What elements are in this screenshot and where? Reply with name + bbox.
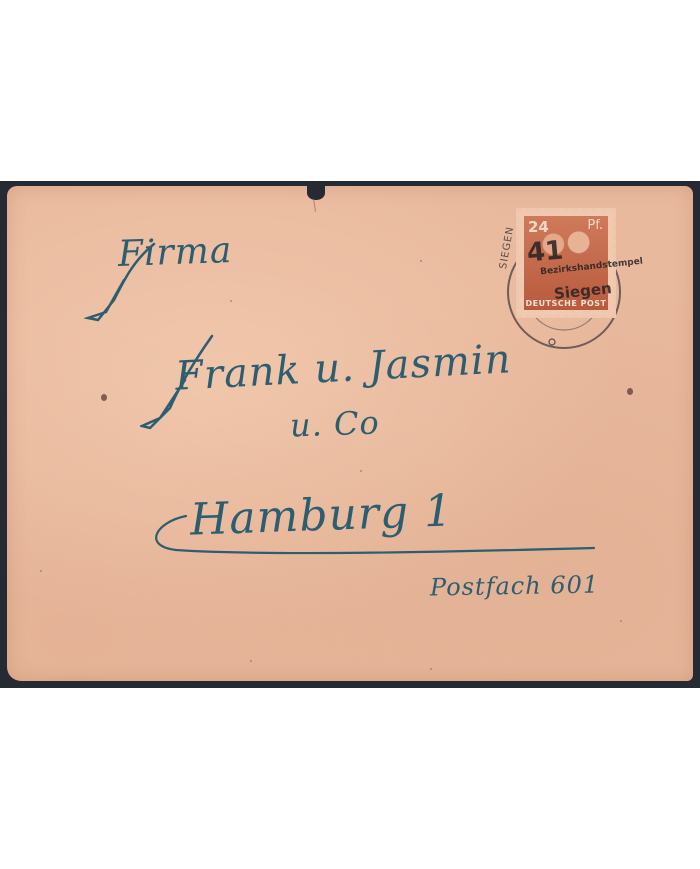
paper-speck bbox=[430, 668, 432, 670]
address-line-5: Postfach 601 bbox=[430, 571, 600, 602]
filing-hole-right bbox=[627, 388, 633, 395]
address-underline-icon bbox=[146, 512, 596, 560]
paper-speck bbox=[230, 300, 232, 302]
envelope-tear-notch bbox=[307, 186, 325, 200]
stamp-overprint-number: 41 bbox=[526, 235, 565, 268]
address-line-3: u. Co bbox=[289, 403, 380, 444]
stamp-unit: Pf. bbox=[587, 218, 603, 233]
paper-speck bbox=[360, 470, 362, 472]
stamp-denomination: 24 bbox=[528, 218, 549, 236]
filing-hole-left bbox=[101, 394, 107, 401]
address-line-1: Firma bbox=[117, 230, 233, 275]
paper-speck bbox=[620, 620, 622, 622]
paper-speck bbox=[420, 260, 422, 262]
paper-speck bbox=[250, 660, 252, 662]
paper-speck bbox=[40, 570, 42, 572]
